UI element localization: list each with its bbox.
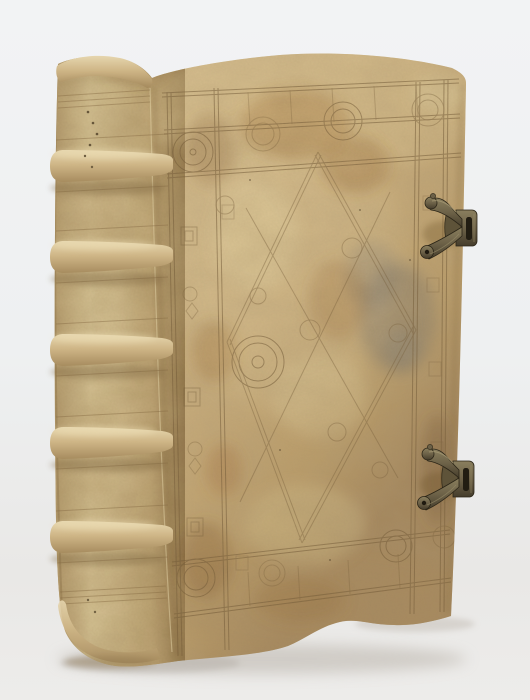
raised-band (50, 149, 173, 195)
raised-band (50, 240, 173, 286)
raised-band (50, 520, 173, 566)
photo-antique-book (0, 0, 530, 700)
raised-band (50, 426, 173, 472)
raised-band (50, 333, 173, 379)
book-photo-canvas (0, 0, 530, 700)
antique-book (40, 40, 485, 680)
